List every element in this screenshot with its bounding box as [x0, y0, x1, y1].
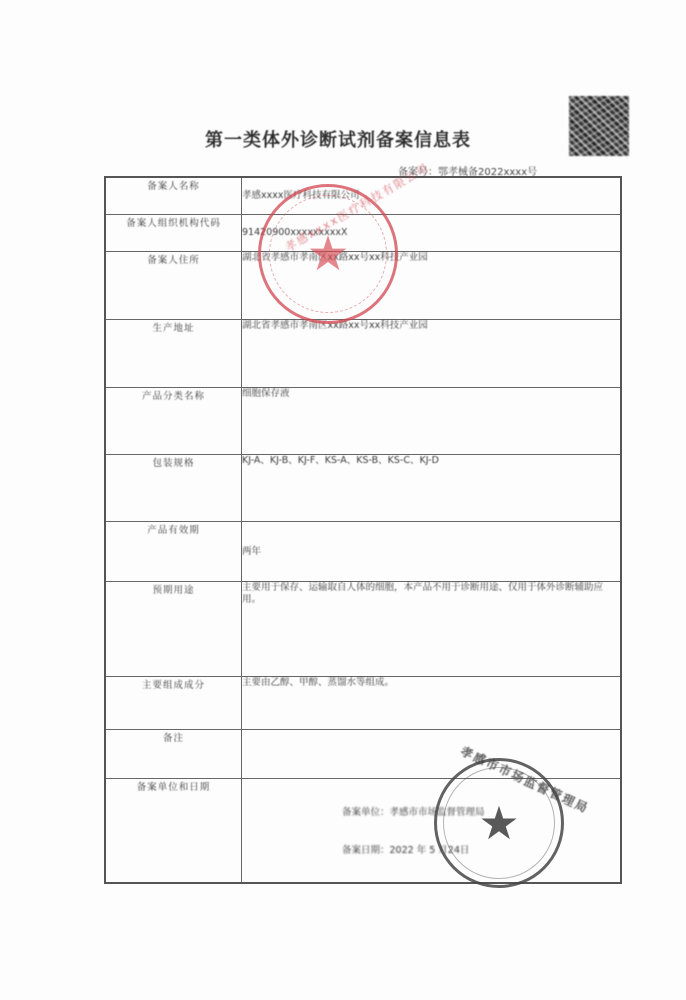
row-label: 产品有效期	[105, 522, 242, 582]
document-title: 第一类体外诊断试剂备案信息表	[205, 126, 545, 152]
row-label: 包装规格	[105, 455, 242, 522]
row-label: 备案人住所	[105, 252, 242, 320]
row-value: 两年	[242, 522, 622, 582]
row-value: 湖北省孝感市孝南区xx路xx号xx科技产业园	[242, 252, 622, 320]
row-value: 孝感xxxx医疗科技有限公司	[242, 177, 622, 215]
row-value: 主要用于保存、运输取自人体的细胞，本产品不用于诊断用途、仅用于体外诊断辅助应用。	[242, 582, 622, 677]
table-row: 产品分类名称 细胞保存液	[105, 388, 621, 455]
row-value: 主要由乙醇、甲醇、蒸馏水等组成。	[242, 677, 622, 730]
row-label: 产品分类名称	[105, 388, 242, 455]
table-row: 备案单位和日期 备案单位：孝感市市场监督管理局 备案日期：2022 年 5 月2…	[105, 779, 621, 884]
row-value: 91420900xxxxxxxxxX	[242, 215, 622, 252]
row-value: KJ-A、KJ-B、KJ-F、KS-A、KS-B、KS-C、KJ-D	[242, 455, 622, 522]
filing-date: 备案日期：2022 年 5 月24日	[342, 845, 469, 857]
row-value: 湖北省孝感市孝南区xx路xx号xx科技产业园	[242, 320, 622, 388]
agency-cell: 备案单位：孝感市市场监督管理局 备案日期：2022 年 5 月24日	[242, 779, 622, 884]
table-row: 包装规格 KJ-A、KJ-B、KJ-F、KS-A、KS-B、KS-C、KJ-D	[105, 455, 621, 522]
table-row: 备案人组织机构代码 91420900xxxxxxxxxX	[105, 215, 621, 252]
table-row: 备注	[105, 730, 621, 779]
filing-agency: 备案单位：孝感市市场监督管理局	[342, 807, 485, 819]
document-page: 第一类体外诊断试剂备案信息表 备案号：鄂孝械备2022xxxx号 备案人名称 孝…	[0, 0, 686, 1000]
qr-code-icon	[569, 96, 629, 156]
row-label: 备案人组织机构代码	[105, 215, 242, 252]
row-label: 备案人名称	[105, 177, 242, 215]
row-label: 备注	[105, 730, 242, 779]
table-row: 主要组成成分 主要由乙醇、甲醇、蒸馏水等组成。	[105, 677, 621, 730]
filing-info-table: 备案人名称 孝感xxxx医疗科技有限公司 备案人组织机构代码 91420900x…	[104, 176, 622, 884]
row-label: 主要组成成分	[105, 677, 242, 730]
row-label: 预期用途	[105, 582, 242, 677]
row-label: 备案单位和日期	[105, 779, 242, 884]
table-row: 产品有效期 两年	[105, 522, 621, 582]
row-label: 生产地址	[105, 320, 242, 388]
row-value: 细胞保存液	[242, 388, 622, 455]
row-value	[242, 730, 622, 779]
table-row: 备案人名称 孝感xxxx医疗科技有限公司	[105, 177, 621, 215]
table-row: 预期用途 主要用于保存、运输取自人体的细胞，本产品不用于诊断用途、仅用于体外诊断…	[105, 582, 621, 677]
table-row: 备案人住所 湖北省孝感市孝南区xx路xx号xx科技产业园	[105, 252, 621, 320]
table-row: 生产地址 湖北省孝感市孝南区xx路xx号xx科技产业园	[105, 320, 621, 388]
